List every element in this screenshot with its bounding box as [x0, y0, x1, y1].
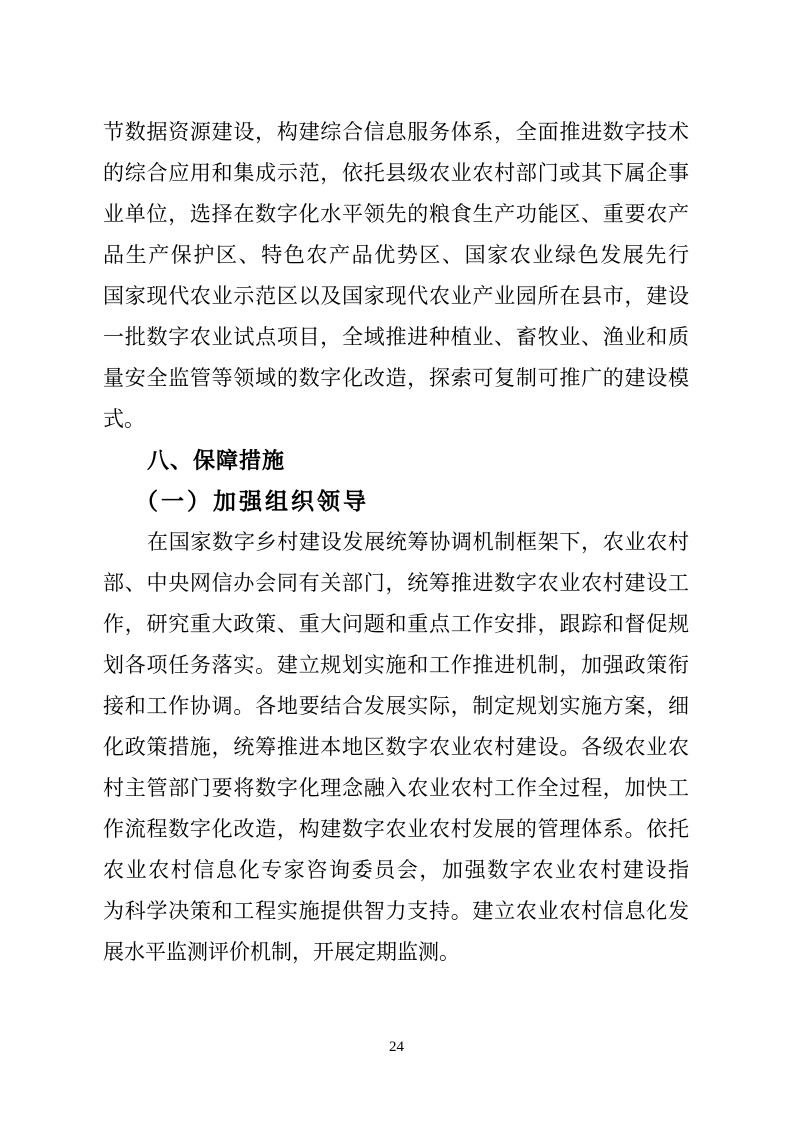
- body-line: 作流程数字化改造，构建数字农业农村发展的管理体系。依托: [103, 809, 689, 850]
- document-page: 节数据资源建设，构建综合信息服务体系，全面推进数字技术 的综合应用和集成示范，依…: [0, 0, 793, 1122]
- text-block: 节数据资源建设，构建综合信息服务体系，全面推进数字技术 的综合应用和集成示范，依…: [103, 112, 689, 973]
- body-line: 式。: [103, 399, 689, 440]
- body-line: 节数据资源建设，构建综合信息服务体系，全面推进数字技术: [103, 112, 689, 153]
- body-line: 业单位，选择在数字化水平领先的粮食生产功能区、重要农产: [103, 194, 689, 235]
- body-line: 农业农村信息化专家咨询委员会，加强数字农业农村建设指导，: [103, 850, 689, 891]
- body-line: 为科学决策和工程实施提供智力支持。建立农业农村信息化发: [103, 891, 689, 932]
- body-line: 划各项任务落实。建立规划实施和工作推进机制，加强政策衔: [103, 645, 689, 686]
- body-line: 展水平监测评价机制，开展定期监测。: [103, 932, 689, 973]
- body-line: 部、中央网信办会同有关部门，统筹推进数字农业农村建设工: [103, 563, 689, 604]
- body-line: 村主管部门要将数字化理念融入农业农村工作全过程，加快工: [103, 768, 689, 809]
- body-line: 的综合应用和集成示范，依托县级农业农村部门或其下属企事: [103, 153, 689, 194]
- body-line: 一批数字农业试点项目，全域推进种植业、畜牧业、渔业和质: [103, 317, 689, 358]
- section-heading: 八、保障措施: [103, 440, 689, 481]
- body-line: 国家现代农业示范区以及国家现代农业产业园所在县市，建设: [103, 276, 689, 317]
- page-number: 24: [0, 1036, 793, 1058]
- body-line: 作，研究重大政策、重大问题和重点工作安排，跟踪和督促规: [103, 604, 689, 645]
- body-line: 化政策措施，统筹推进本地区数字农业农村建设。各级农业农: [103, 727, 689, 768]
- subsection-heading: （一）加强组织领导: [103, 481, 689, 522]
- body-line: 接和工作协调。各地要结合发展实际，制定规划实施方案，细: [103, 686, 689, 727]
- body-line: 量安全监管等领域的数字化改造，探索可复制可推广的建设模: [103, 358, 689, 399]
- body-line: 品生产保护区、特色农产品优势区、国家农业绿色发展先行区、: [103, 235, 689, 276]
- body-line: 在国家数字乡村建设发展统筹协调机制框架下，农业农村: [103, 522, 689, 563]
